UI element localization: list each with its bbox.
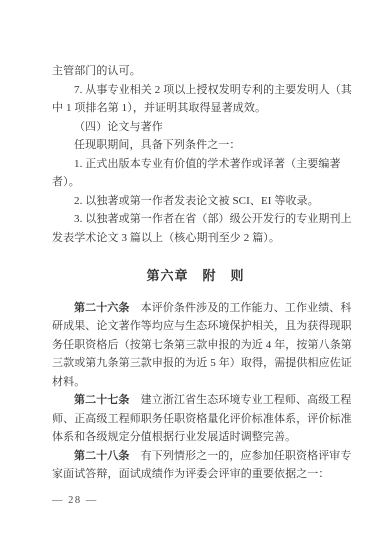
text-line: 务任职资格后（按第七条第三款申报的为近 4 年，按第八条第 bbox=[52, 336, 339, 355]
text-line: 体系和各级规定分值根据行业发展适时调整完善。 bbox=[52, 428, 339, 447]
text-line: 2. 以独著或第一作者发表论文被 SCI、EI 等收录。 bbox=[52, 192, 339, 211]
article-number: 第二十八条 bbox=[74, 450, 130, 462]
page-number: — 28 — bbox=[52, 495, 98, 506]
article-number: 第二十六条 bbox=[74, 302, 130, 314]
line-text: 1. 正式出版本专业有价值的学术著作或译著（主要编著 bbox=[74, 158, 341, 170]
line-text: 材料。 bbox=[52, 376, 85, 388]
article-number: 第二十七条 bbox=[74, 394, 130, 406]
line-text: 任现职期间，具备下列条件之一： bbox=[74, 139, 241, 151]
text-line: 第二十六条 本评价条件涉及的工作能力、工作业绩、科 bbox=[52, 299, 339, 318]
line-text: 3. 以独著或第一作者在省（部）级公开发行的专业期刊上 bbox=[74, 213, 352, 225]
line-text: 建立浙江省生态环境专业工程师、高级工程 bbox=[130, 394, 352, 406]
line-text: 有下列情形之一的，应参加任职资格评审专 bbox=[130, 450, 352, 462]
line-text: 三款或第九条第三款申报的为近 5 年）取得，需提供相应佐证 bbox=[52, 357, 352, 369]
text-line: 材料。 bbox=[52, 373, 339, 392]
text-line: 中 1 项排名第 1），并证明其取得显著成效。 bbox=[52, 99, 339, 118]
line-text: 师、正高级工程师职务任职资格量化评价标准体系，评价标准 bbox=[52, 413, 352, 425]
chapter-heading: 第六章 附 则 bbox=[52, 267, 339, 286]
line-text: 中 1 项排名第 1），并证明其取得显著成效。 bbox=[52, 102, 266, 114]
text-line: 任现职期间，具备下列条件之一： bbox=[52, 136, 339, 155]
line-text: 研成果、论文著作等均应与生态环境保护相关，且为获得现职 bbox=[52, 320, 352, 332]
text-line: 7. 从事专业相关 2 项以上授权发明专利的主要发明人（其 bbox=[52, 81, 339, 100]
text-line: 三款或第九条第三款申报的为近 5 年）取得，需提供相应佐证 bbox=[52, 354, 339, 373]
line-text: 者）。 bbox=[52, 176, 80, 188]
line-text: （四）论文与著作 bbox=[74, 121, 163, 133]
text-line: 主管部门的认可。 bbox=[52, 62, 339, 81]
line-text: 主管部门的认可。 bbox=[52, 65, 141, 77]
line-text: 本评价条件涉及的工作能力、工作业绩、科 bbox=[130, 302, 352, 314]
text-line: 发表学术论文 3 篇以上（核心期刊至少 2 篇）。 bbox=[52, 229, 339, 248]
line-text: 务任职资格后（按第七条第三款申报的为近 4 年，按第八条第 bbox=[52, 339, 352, 351]
line-text: 家面试答辩，面试成绩作为评委会评审的重要依据之一： bbox=[52, 468, 330, 480]
text-line: 者）。 bbox=[52, 173, 339, 192]
text-line: 研成果、论文著作等均应与生态环境保护相关，且为获得现职 bbox=[52, 317, 339, 336]
line-text: 发表学术论文 3 篇以上（核心期刊至少 2 篇）。 bbox=[52, 232, 280, 244]
line-text: 2. 以独著或第一作者发表论文被 SCI、EI 等收录。 bbox=[74, 195, 319, 207]
page-content: 主管部门的认可。 7. 从事专业相关 2 项以上授权发明专利的主要发明人（其 中… bbox=[52, 62, 339, 484]
line-text: 体系和各级规定分值根据行业发展适时调整完善。 bbox=[52, 431, 296, 443]
text-line: 家面试答辩，面试成绩作为评委会评审的重要依据之一： bbox=[52, 465, 339, 484]
text-line: 3. 以独著或第一作者在省（部）级公开发行的专业期刊上 bbox=[52, 210, 339, 229]
document-page: 主管部门的认可。 7. 从事专业相关 2 项以上授权发明专利的主要发明人（其 中… bbox=[0, 0, 390, 551]
text-line: 第二十八条 有下列情形之一的，应参加任职资格评审专 bbox=[52, 447, 339, 466]
text-line: 师、正高级工程师职务任职资格量化评价标准体系，评价标准 bbox=[52, 410, 339, 429]
text-line: 1. 正式出版本专业有价值的学术著作或译著（主要编著 bbox=[52, 155, 339, 174]
line-text: 7. 从事专业相关 2 项以上授权发明专利的主要发明人（其 bbox=[74, 84, 352, 96]
text-line: 第二十七条 建立浙江省生态环境专业工程师、高级工程 bbox=[52, 391, 339, 410]
text-line: （四）论文与著作 bbox=[52, 118, 339, 137]
